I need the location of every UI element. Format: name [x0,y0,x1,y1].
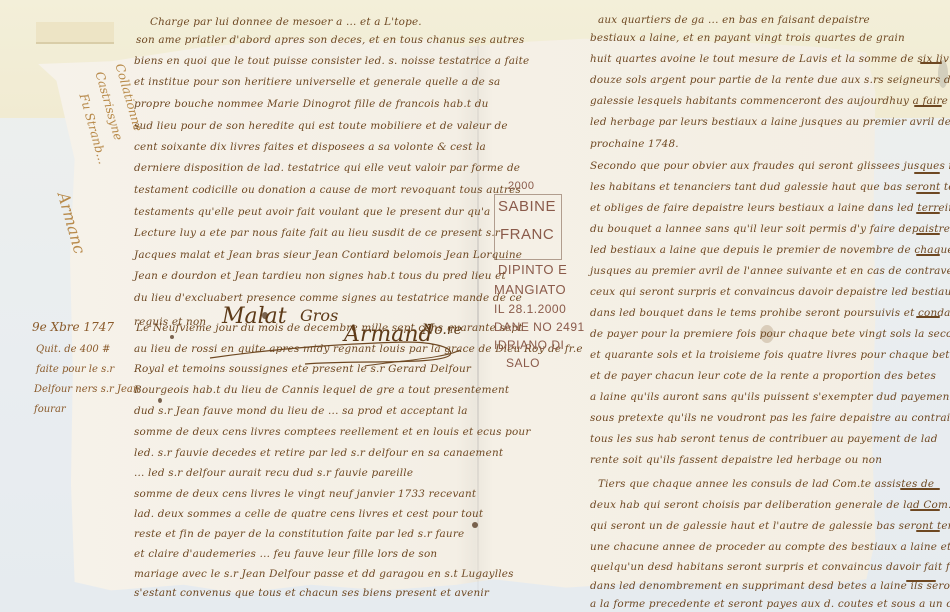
text-line: rente soit qu'ils fassent depaistre led … [590,454,882,466]
text-line: Secondo que pour obvier aux fraudes qui … [590,160,950,172]
text-line: somme de deux cens livres le vingt neuf … [134,488,476,500]
line-filler-dash [914,172,940,174]
text-line: jusques au premier avril de l'annee suiv… [590,265,950,277]
text-line: qui seront un de galessie haut et l'autr… [590,520,950,532]
pencil-name: FRANC [500,226,554,243]
margin-entry-line: Delfour ners s.r Jean [34,384,139,395]
line-filler-dash [920,62,942,64]
line-filler-dash [916,316,940,318]
text-line: les habitans et tenanciers tant dud gale… [590,181,950,193]
text-line: sud lieu pour de son heredite qui est to… [134,120,508,132]
text-line: du lieu d'excluabert presence comme sign… [134,292,522,304]
pencil-line: DIPINTO E [498,262,567,277]
margin-entry-line: fourar [34,404,66,415]
text-line: mariage avec le s.r Jean Delfour passe e… [134,568,514,580]
text-line: son ame priatler d'abord apres son deces… [136,34,524,46]
text-line: testaments qu'elle peut avoir fait voula… [134,206,490,218]
text-line: cent soixante dix livres faites et dispo… [134,141,486,153]
text-line: galessie lesquels habitants commenceront… [590,95,950,107]
text-line: ... led s.r delfour aurait recu dud s.r … [134,467,413,479]
text-line: Le Neufvieme jour du mois de decembre mi… [136,322,523,334]
pencil-number: 2000 [508,180,534,192]
margin-entry-date: 9e Xbre 1747 [32,320,114,334]
line-filler-dash [916,254,940,256]
text-line: reste et fin de payer de la constitution… [134,528,464,540]
text-line: ceux qui seront surpris et convaincus da… [590,286,950,298]
pencil-line: IL 28.1.2000 [494,302,566,316]
text-line: Lecture luy a ete par nous faite fait au… [134,227,500,239]
pencil-line: MANGIATO [494,282,566,297]
text-line: Jacques malat et Jean bras sieur Jean Co… [134,249,522,261]
paper-tab [36,22,114,44]
margin-entry-line: faite pour le s.r [36,364,114,375]
text-line: biens en quoi que le tout puisse consist… [134,55,529,67]
text-line: propre bouche nommee Marie Dinogrot fill… [134,98,488,110]
text-line: sous pretexte qu'ils ne voudront pas les… [590,412,950,424]
text-line: et quarante sols et la troisieme fois qu… [590,349,950,361]
text-line: et claire d'audemeries ... feu fauve leu… [134,548,437,560]
pencil-line: DANE NO 2491 [494,320,585,334]
text-line: huit quartes avoine le tout mesure de La… [590,53,950,65]
line-filler-dash [906,580,936,582]
text-line: deux hab qui seront choisis par delibera… [590,499,950,511]
line-filler-dash [900,488,940,490]
text-line: une chacune annee de proceder au compte … [590,541,950,553]
text-line: douze sols argent pour partie de la rent… [590,74,950,86]
text-line: a la forme precedente et seront payes au… [590,598,950,610]
text-line: somme de deux cens livres comptees reell… [134,426,530,438]
text-line: led. s.r fauvie decedes et retire par le… [134,447,503,459]
text-line: Tiers que chaque annee les consuls de la… [598,478,934,490]
line-filler-dash [914,105,942,107]
text-line: et institue pour son heritiere universel… [134,76,500,88]
ink-blot [170,335,174,339]
text-line: du bouquet a lannee sans qu'il leur soit… [590,223,950,235]
text-line: dud s.r Jean fauve mond du lieu de ... s… [134,405,468,417]
margin-entry-line: Quit. de 400 # [36,344,110,355]
line-filler-dash [916,192,940,194]
line-filler-dash [916,212,940,214]
text-line: aux quartiers de ga ... en bas en faisan… [598,14,870,26]
text-line: tous les sus hab seront tenus de contrib… [590,433,938,445]
text-line: bestiaux a laine, et en payant vingt tro… [590,32,905,44]
text-line: led herbage par leurs bestiaux a laine j… [590,116,950,128]
text-line: Jean e dourdon et Jean tardieu non signe… [134,270,506,282]
text-line: a laine qu'ils auront sans qu'ils puisse… [590,391,950,403]
text-line: dans led bouquet dans le tems prohibe se… [590,307,950,319]
pencil-line: SALO [506,356,540,370]
line-filler-dash [910,509,940,511]
line-filler-dash [916,233,940,235]
text-line: testament codicille ou donation a cause … [134,184,521,196]
text-line: et obliges de faire depaistre leurs best… [590,202,950,214]
text-line: Bourgeois hab.t du lieu de Cannis lequel… [134,384,509,396]
ink-blot [158,398,162,403]
text-line: led bestiaux a laine que depuis le premi… [590,244,950,256]
pencil-name: SABINE [498,198,556,215]
text-line: Charge par lui donnee de mesoer a ... et… [150,16,422,28]
ink-blot [472,522,478,528]
text-line: et de payer chacun leur cote de la rente… [590,370,936,382]
text-line: de payer pour la premiere fois pour chaq… [590,328,950,340]
text-line: quelqu'un desd habitans seront surpris e… [590,561,950,573]
pencil-line: IDRIANO DI [494,338,564,352]
text-line: s'estant convenus que tous et chacun ses… [134,587,489,599]
text-line: lad. deux sommes a celle de quatre cens … [134,508,483,520]
line-filler-dash [916,530,940,532]
text-line: Royal et temoins soussignes ete present … [134,363,471,375]
text-line: dans led denombrement en supprimant desd… [590,580,950,592]
text-line: prochaine 1748. [590,138,679,150]
text-line: derniere disposition de lad. testatrice … [134,162,520,174]
